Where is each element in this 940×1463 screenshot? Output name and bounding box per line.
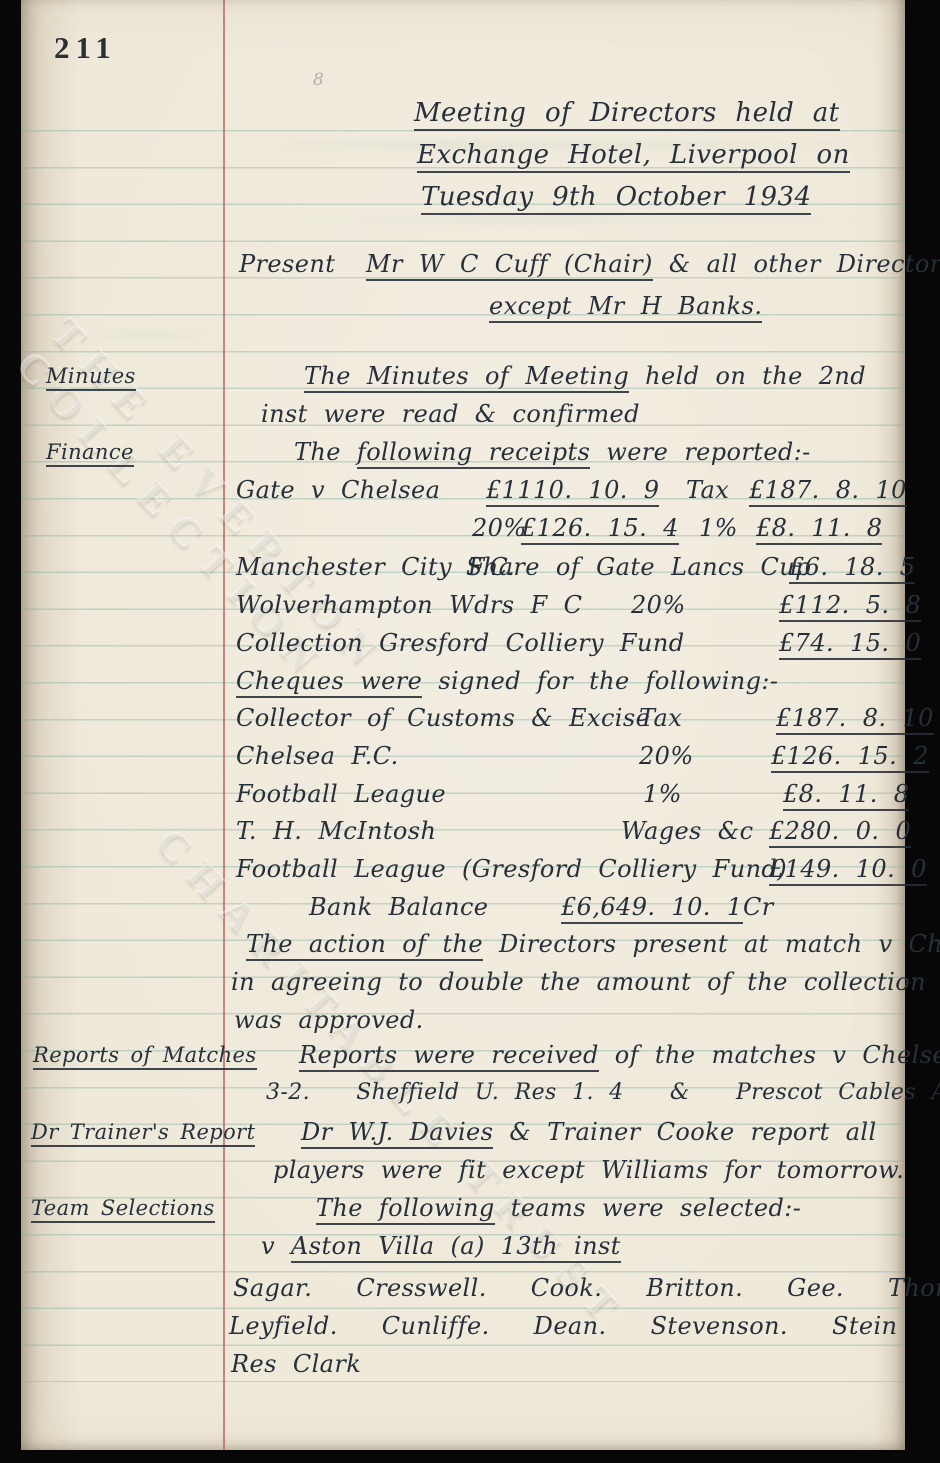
cheques-intro-underlined: Cheques were (236, 667, 422, 698)
finance-intro-line: The following receipts were reported:- (294, 438, 811, 466)
teams-intro-underlined: The following (316, 1194, 495, 1225)
trainer-line-1-rest: & Trainer Cooke report all (493, 1118, 876, 1146)
cheque-amount: £8. 11. 8 (783, 780, 909, 811)
trainer-line-1: Dr W.J. Davies & Trainer Cooke report al… (301, 1118, 877, 1146)
finance-intro-rest: were reported:- (590, 438, 810, 466)
minutes-line-1-rest: held on the 2nd (629, 362, 866, 390)
ink-bleedthrough (81, 330, 221, 339)
page-number-stamp: 211 (54, 30, 117, 66)
finance-intro-pre: The (294, 438, 357, 466)
receipt-name: Wolverhampton Wdrs F C (236, 591, 582, 619)
receipt-name: Collection Gresford Colliery Fund (236, 629, 684, 657)
collection-para-line-2: in agreeing to double the amount of the … (231, 968, 926, 996)
bank-balance-amount: £6,649. 10. 1 (561, 893, 743, 924)
cheque-desc: 20% (639, 742, 694, 770)
ink-bleedthrough (271, 215, 871, 224)
cheques-intro-rest: signed for the following:- (422, 667, 778, 695)
receipt-amount: £6. 18. 5 (789, 553, 915, 584)
present-line: Mr W C Cuff (Chair) & all other Director… (366, 250, 940, 278)
receipt-amount: £187. 8. 10 (749, 476, 907, 507)
reports-line-1-rest: of the matches v Chelsea (599, 1041, 940, 1069)
finance-intro-underlined: following receipts (357, 438, 590, 469)
cheque-desc: Wages &c (621, 817, 753, 845)
bank-balance-cr: Cr (743, 893, 774, 921)
trainer-line-1-underlined: Dr W.J. Davies (301, 1118, 493, 1149)
receipt-amount: £8. 11. 8 (756, 514, 882, 545)
receipt-desc: 20% (472, 514, 527, 542)
minutes-line-2: inst were read & confirmed (261, 400, 640, 428)
heading-line-1-text: Meeting of Directors held at (414, 98, 840, 131)
payee-name: Football League (Gresford Colliery Fund) (236, 855, 787, 883)
payee-name: Collector of Customs & Excise (236, 704, 650, 732)
collection-para-rest: Directors present at match v Chelsea (483, 930, 940, 958)
payee-name: Chelsea F.C. (236, 742, 399, 770)
fixture-pre: v (261, 1232, 291, 1260)
cheque-amount: £126. 15. 2 (771, 742, 929, 773)
teams-intro-line: The following teams were selected:- (316, 1194, 801, 1222)
heading-line-3: Tuesday 9th October 1934 (421, 182, 811, 212)
cheque-desc: 1% (643, 780, 682, 808)
heading-line-3-text: Tuesday 9th October 1934 (421, 182, 811, 215)
trainer-line-2: players were fit except Williams for tom… (273, 1156, 904, 1184)
receipt-amount: £126. 15. 4 (521, 514, 679, 545)
margin-heading-finance: Finance (46, 440, 134, 464)
reports-line-1-underlined: Reports were received (299, 1041, 599, 1072)
receipt-amount: £1110. 10. 9 (486, 476, 659, 507)
receipt-desc: 1% (699, 514, 738, 542)
fixture-underlined: Aston Villa (a) 13th inst (291, 1232, 621, 1263)
present-others: & all other Directors (653, 250, 940, 278)
margin-heading-minutes: Minutes (46, 364, 136, 388)
margin-heading-trainer: Dr Trainer's Report (31, 1120, 255, 1144)
reports-line-2: 3-2. Sheffield U. Res 1. 4 & Prescot Cab… (266, 1080, 940, 1105)
bank-balance-label: Bank Balance (309, 893, 488, 921)
payee-name: T. H. McIntosh (236, 817, 436, 845)
heading-line-2-text: Exchange Hotel, Liverpool on (417, 140, 850, 173)
collection-para-line-3: was approved. (234, 1006, 424, 1034)
minutes-line-1-underlined: The Minutes of Meeting (304, 362, 629, 393)
receipt-name: Gate v Chelsea (236, 476, 440, 504)
heading-line-2: Exchange Hotel, Liverpool on (417, 140, 850, 170)
minute-book-page: THE EVERTON COLLECTION CHARITABLE TRUST … (21, 0, 905, 1450)
margin-heading-teams: Team Selections (31, 1196, 215, 1220)
teams-intro-rest: teams were selected:- (495, 1194, 802, 1222)
team-line-2: Leyfield. Cunliffe. Dean. Stevenson. Ste… (229, 1312, 897, 1340)
cheque-amount: £280. 0. 0 (769, 817, 911, 848)
absent-director: except Mr H Banks. (489, 292, 762, 323)
cheque-amount: £149. 10. 0 (769, 855, 927, 886)
team-line-1: Sagar. Cresswell. Cook. Britton. Gee. Th… (233, 1274, 940, 1302)
collection-para-underlined: The action of the (246, 930, 483, 961)
present-except-line: except Mr H Banks. (489, 292, 762, 320)
cheques-intro-line: Cheques were signed for the following:- (236, 667, 778, 695)
reserve-line: Res Clark (231, 1350, 361, 1378)
margin-heading-minutes-text: Minutes (46, 364, 136, 391)
cheque-amount: £187. 8. 10 (776, 704, 934, 735)
receipt-desc: Share of Gate Lancs Cup (466, 553, 811, 581)
minute-book-photo: THE EVERTON COLLECTION CHARITABLE TRUST … (0, 0, 940, 1463)
fixture-line: v Aston Villa (a) 13th inst (261, 1232, 621, 1260)
receipt-desc: Tax (686, 476, 729, 504)
margin-heading-reports-text: Reports of Matches (33, 1043, 257, 1070)
heading-line-1: Meeting of Directors held at (414, 98, 840, 128)
collection-para-line-1: The action of the Directors present at m… (246, 930, 940, 958)
chairman-name: Mr W C Cuff (Chair) (366, 250, 653, 281)
red-margin-rule (223, 0, 225, 1450)
pencil-mark: 8 (313, 70, 324, 90)
margin-heading-trainer-text: Dr Trainer's Report (31, 1120, 255, 1147)
margin-heading-finance-text: Finance (46, 440, 134, 467)
receipt-amount: £74. 15. 0 (779, 629, 921, 660)
present-label: Present (239, 250, 335, 278)
cheque-desc: Tax (639, 704, 682, 732)
reports-line-1: Reports were received of the matches v C… (299, 1041, 940, 1069)
receipt-desc: 20% (631, 591, 686, 619)
margin-heading-reports: Reports of Matches (33, 1043, 257, 1067)
receipt-amount: £112. 5. 8 (779, 591, 921, 622)
minutes-line-1: The Minutes of Meeting held on the 2nd (304, 362, 866, 390)
payee-name: Football League (236, 780, 446, 808)
margin-heading-teams-text: Team Selections (31, 1196, 215, 1223)
